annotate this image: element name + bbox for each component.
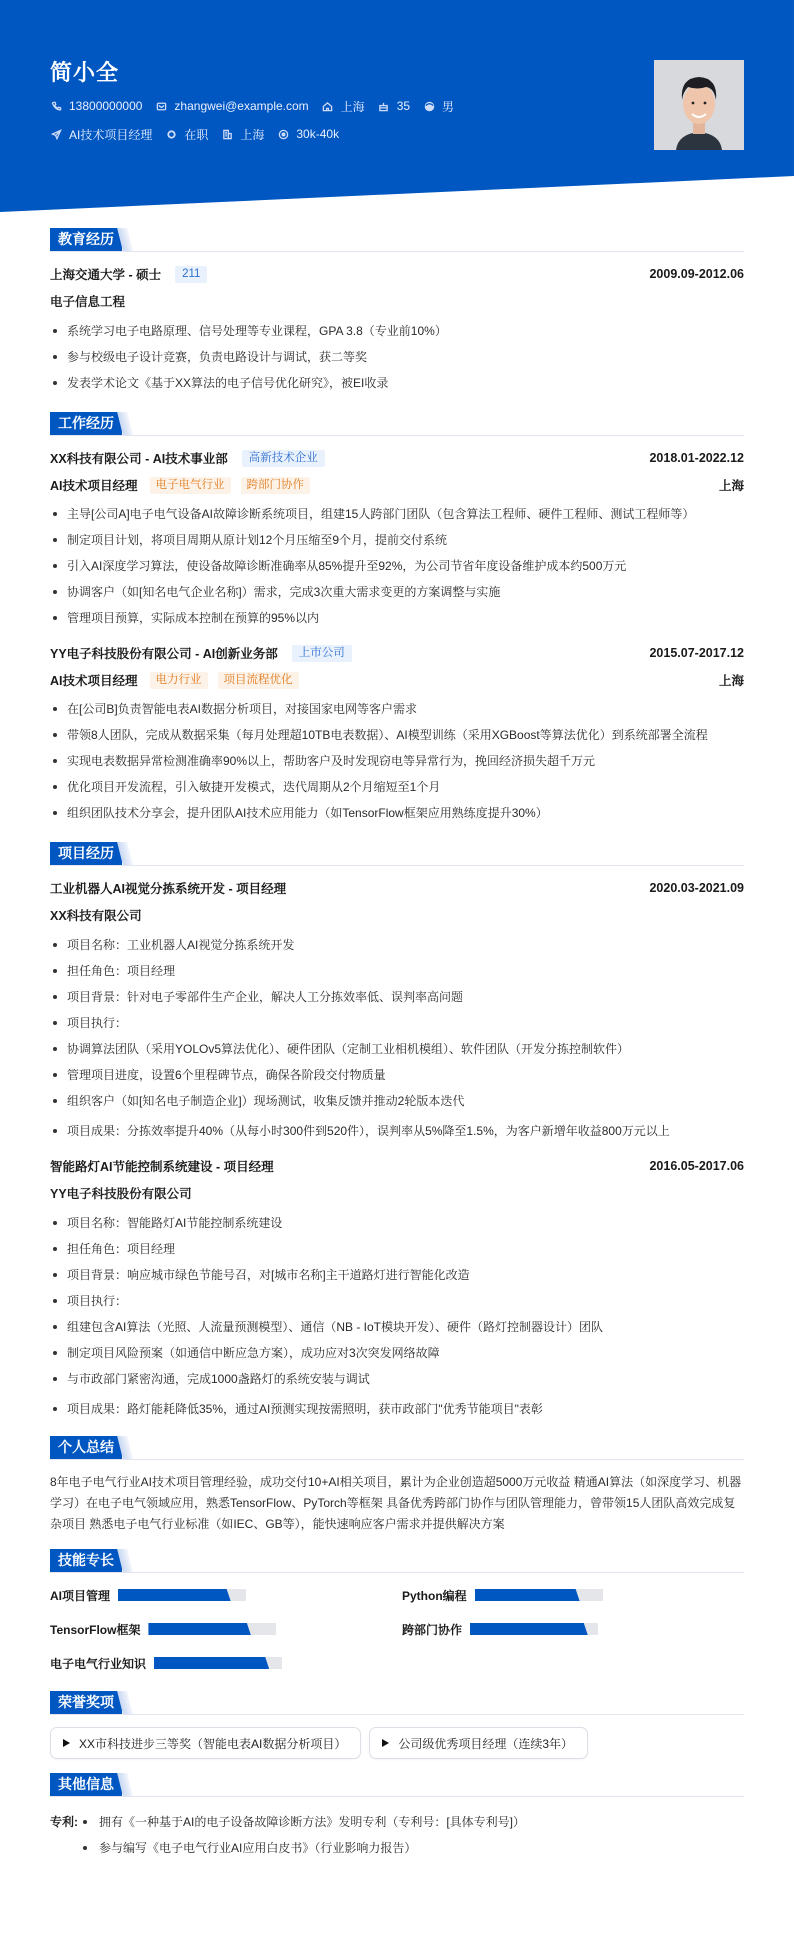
summary-text: 8年电子电气行业AI技术项目管理经验，成功交付10+AI相关项目，累计为企业创造…	[50, 1472, 744, 1535]
skill-bar	[148, 1623, 276, 1635]
status-icon	[165, 128, 177, 140]
skill-bar	[475, 1589, 603, 1601]
list-item: 管理项目进度，设置6个里程碑节点，确保各阶段交付物质量	[50, 1062, 744, 1088]
mail-icon	[155, 100, 167, 112]
salary-icon	[277, 128, 289, 140]
section-title: 项目经历	[50, 842, 744, 866]
section-title: 个人总结	[50, 1436, 744, 1460]
work-date: 2015.07-2017.12	[649, 646, 744, 660]
project-name: 智能路灯AI节能控制系统建设 - 项目经理	[50, 1157, 274, 1175]
list-item: 项目背景：响应城市绿色节能号召，对[城市名称]主干道路灯进行智能化改造	[50, 1262, 744, 1288]
skill-bar	[470, 1623, 598, 1635]
work-bullets: 主导[公司A]电子电气设备AI故障诊断系统项目，组建15人跨部门团队（包含算法工…	[50, 501, 744, 631]
work-role-row: AI技术项目经理 电力行业 项目流程优化 上海	[50, 670, 744, 690]
list-item: 组建包含AI算法（光照、人流量预测模型）、通信（NB - IoT模块开发）、硬件…	[50, 1314, 744, 1340]
project-header: 智能路灯AI节能控制系统建设 - 项目经理 2016.05-2017.06	[50, 1156, 744, 1176]
skills-grid: AI项目管理 Python编程 TensorFlow框架 跨部门协作 电子电气行…	[50, 1585, 744, 1673]
list-item: 制定项目计划，将项目周期从原计划12个月压缩至9个月，提前交付系统	[50, 527, 744, 553]
skill-bar	[154, 1657, 282, 1669]
company-name: XX科技有限公司 - AI技术事业部	[50, 449, 228, 467]
skills-section: 技能专长 AI项目管理 Python编程 TensorFlow框架 跨部门协作	[50, 1549, 744, 1673]
job-title: AI技术项目经理	[50, 126, 152, 143]
project-name: 工业机器人AI视觉分拣系统开发 - 项目经理	[50, 879, 286, 897]
contact-phone: 13800000000	[50, 99, 142, 113]
patent-list: 拥有《一种基于AI的电子设备故障诊断方法》发明专利（专利号：[具体专利号]） 参…	[80, 1809, 525, 1861]
contact-location: 上海	[322, 98, 365, 115]
home-icon	[322, 100, 334, 112]
skill-item: TensorFlow框架	[50, 1619, 402, 1639]
list-item: 制定项目风险预案（如通信中断应急方案），成功应对3次突发网络故障	[50, 1340, 744, 1366]
job-status: 在职	[165, 126, 208, 143]
project-bullets: 项目名称：智能路灯AI节能控制系统建设 担任角色：项目经理 项目背景：响应城市绿…	[50, 1210, 744, 1422]
contact-age: 35	[378, 99, 410, 113]
role-tag: 电子电气行业	[150, 477, 231, 494]
job-salary: 30k-40k	[277, 127, 339, 141]
candidate-name: 简小全	[50, 56, 467, 86]
age-icon	[378, 100, 390, 112]
job-city: 上海	[221, 126, 264, 143]
other-section: 其他信息 专利: 拥有《一种基于AI的电子设备故障诊断方法》发明专利（专利号：[…	[50, 1773, 744, 1861]
triangle-right-icon	[382, 1739, 389, 1747]
list-item: 项目成果：路灯能耗降低35%，通过AI预测实现按需照明，获市政部门"优秀节能项目…	[50, 1396, 744, 1422]
avatar-icon	[654, 60, 744, 150]
project-company: XX科技有限公司	[50, 906, 744, 926]
education-section: 教育经历 上海交通大学 - 硕士 211 2009.09-2012.06 电子信…	[50, 228, 744, 396]
header-info: 简小全 13800000000 zhangwei@example.com 上海 …	[50, 56, 467, 142]
awards-list: XX市科技进步三等奖（智能电表AI数据分析项目） 公司级优秀项目经理（连续3年）	[50, 1727, 744, 1759]
company-tag: 上市公司	[292, 645, 352, 662]
work-role-row: AI技术项目经理 电子电气行业 跨部门协作 上海	[50, 475, 744, 495]
work-location: 上海	[719, 671, 744, 689]
role-tag: 电力行业	[150, 672, 208, 689]
list-item: 项目背景：针对电子零部件生产企业，解决人工分拣效率低、误判率高问题	[50, 984, 744, 1010]
list-item: 项目执行：	[50, 1288, 744, 1314]
project-date: 2016.05-2017.06	[649, 1159, 744, 1173]
job-row: AI技术项目经理 在职 上海 30k-40k	[50, 126, 467, 142]
role-tag: 项目流程优化	[218, 672, 299, 689]
role-title: AI技术项目经理	[50, 671, 138, 689]
education-date: 2009.09-2012.06	[649, 267, 744, 281]
contact-gender: 男	[423, 98, 454, 115]
list-item: 带领8人团队，完成从数据采集（每月处理超10TB电表数据）、AI模型训练（采用X…	[50, 722, 744, 748]
work-location: 上海	[719, 476, 744, 494]
work-item-header: YY电子科技股份有限公司 - AI创新业务部 上市公司 2015.07-2017…	[50, 643, 744, 663]
list-item: 在[公司B]负责智能电表AI数据分析项目，对接国家电网等客户需求	[50, 696, 744, 722]
skill-item: AI项目管理	[50, 1585, 402, 1605]
skill-item: 跨部门协作	[402, 1619, 744, 1639]
education-bullets: 系统学习电子电路原理、信号处理等专业课程，GPA 3.8（专业前10%） 参与校…	[50, 318, 744, 396]
company-name: YY电子科技股份有限公司 - AI创新业务部	[50, 644, 278, 662]
list-item: 组织团队技术分享会，提升团队AI技术应用能力（如TensorFlow框架应用熟练…	[50, 800, 744, 826]
list-item: 主导[公司A]电子电气设备AI故障诊断系统项目，组建15人跨部门团队（包含算法工…	[50, 501, 744, 527]
list-item: 管理项目预算，实际成本控制在预算的95%以内	[50, 605, 744, 631]
project-bullets: 项目名称：工业机器人AI视觉分拣系统开发 担任角色：项目经理 项目背景：针对电子…	[50, 932, 744, 1144]
list-item: 担任角色：项目经理	[50, 1236, 744, 1262]
building-icon	[221, 128, 233, 140]
section-title: 工作经历	[50, 412, 744, 436]
send-icon	[50, 128, 62, 140]
school-tag: 211	[175, 266, 207, 283]
skill-bar	[118, 1589, 246, 1601]
skill-item: 电子电气行业知识	[50, 1653, 402, 1673]
awards-section: 荣誉奖项 XX市科技进步三等奖（智能电表AI数据分析项目） 公司级优秀项目经理（…	[50, 1691, 744, 1759]
gender-icon	[423, 100, 435, 112]
summary-section: 个人总结 8年电子电气行业AI技术项目管理经验，成功交付10+AI相关项目，累计…	[50, 1436, 744, 1535]
list-item: 参与编写《电子电气行业AI应用白皮书》（行业影响力报告）	[80, 1835, 525, 1861]
education-item: 上海交通大学 - 硕士 211 2009.09-2012.06	[50, 264, 744, 284]
award-item: 公司级优秀项目经理（连续3年）	[369, 1727, 588, 1759]
section-title: 技能专长	[50, 1549, 744, 1573]
section-title: 教育经历	[50, 228, 744, 252]
major: 电子信息工程	[50, 292, 744, 312]
work-date: 2018.01-2022.12	[649, 451, 744, 465]
triangle-right-icon	[63, 1739, 70, 1747]
list-item: 组织客户（如[知名电子制造企业]）现场测试，收集反馈并推动2轮版本迭代	[50, 1088, 744, 1114]
role-title: AI技术项目经理	[50, 476, 138, 494]
projects-section: 项目经历 工业机器人AI视觉分拣系统开发 - 项目经理 2020.03-2021…	[50, 842, 744, 1422]
skill-item: Python编程	[402, 1585, 744, 1605]
list-item: 担任角色：项目经理	[50, 958, 744, 984]
phone-icon	[50, 100, 62, 112]
list-item: 优化项目开发流程，引入敏捷开发模式，迭代周期从2个月缩短至1个月	[50, 774, 744, 800]
list-item: 与市政部门紧密沟通，完成1000盏路灯的系统安装与调试	[50, 1366, 744, 1392]
project-company: YY电子科技股份有限公司	[50, 1184, 744, 1204]
avatar-photo	[654, 60, 744, 150]
patent-label: 专利:	[50, 1809, 80, 1861]
role-tag: 跨部门协作	[241, 477, 311, 494]
list-item: 系统学习电子电路原理、信号处理等专业课程，GPA 3.8（专业前10%）	[50, 318, 744, 344]
list-item: 项目名称：工业机器人AI视觉分拣系统开发	[50, 932, 744, 958]
list-item: 实现电表数据异常检测准确率90%以上，帮助客户及时发现窃电等异常行为，挽回经济损…	[50, 748, 744, 774]
list-item: 发表学术论文《基于XX算法的电子信号优化研究》，被EI收录	[50, 370, 744, 396]
school-name: 上海交通大学 - 硕士	[50, 265, 161, 283]
section-title: 其他信息	[50, 1773, 744, 1797]
list-item: 项目名称：智能路灯AI节能控制系统建设	[50, 1210, 744, 1236]
list-item: 协调算法团队（采用YOLOv5算法优化）、硬件团队（定制工业相机模组）、软件团队…	[50, 1036, 744, 1062]
list-item: 项目执行：	[50, 1010, 744, 1036]
company-tag: 高新技术企业	[242, 450, 325, 467]
contact-row: 13800000000 zhangwei@example.com 上海 35 男	[50, 98, 467, 114]
work-item-header: XX科技有限公司 - AI技术事业部 高新技术企业 2018.01-2022.1…	[50, 448, 744, 468]
resume-page: 简小全 13800000000 zhangwei@example.com 上海 …	[0, 0, 794, 1951]
award-item: XX市科技进步三等奖（智能电表AI数据分析项目）	[50, 1727, 361, 1759]
project-header: 工业机器人AI视觉分拣系统开发 - 项目经理 2020.03-2021.09	[50, 878, 744, 898]
list-item: 拥有《一种基于AI的电子设备故障诊断方法》发明专利（专利号：[具体专利号]）	[80, 1809, 525, 1835]
work-bullets: 在[公司B]负责智能电表AI数据分析项目，对接国家电网等客户需求 带领8人团队，…	[50, 696, 744, 826]
section-title: 荣誉奖项	[50, 1691, 744, 1715]
list-item: 协调客户（如[知名电气企业名称]）需求，完成3次重大需求变更的方案调整与实施	[50, 579, 744, 605]
project-date: 2020.03-2021.09	[649, 881, 744, 895]
patent-block: 专利: 拥有《一种基于AI的电子设备故障诊断方法》发明专利（专利号：[具体专利号…	[50, 1809, 744, 1861]
list-item: 引入AI深度学习算法，使设备故障诊断准确率从85%提升至92%，为公司节省年度设…	[50, 553, 744, 579]
resume-content: 教育经历 上海交通大学 - 硕士 211 2009.09-2012.06 电子信…	[50, 228, 744, 1861]
work-section: 工作经历 XX科技有限公司 - AI技术事业部 高新技术企业 2018.01-2…	[50, 412, 744, 826]
list-item: 项目成果：分拣效率提升40%（从每小时300件到520件），误判率从5%降至1.…	[50, 1118, 744, 1144]
list-item: 参与校级电子设计竞赛，负责电路设计与调试，获二等奖	[50, 344, 744, 370]
contact-email: zhangwei@example.com	[155, 99, 308, 113]
